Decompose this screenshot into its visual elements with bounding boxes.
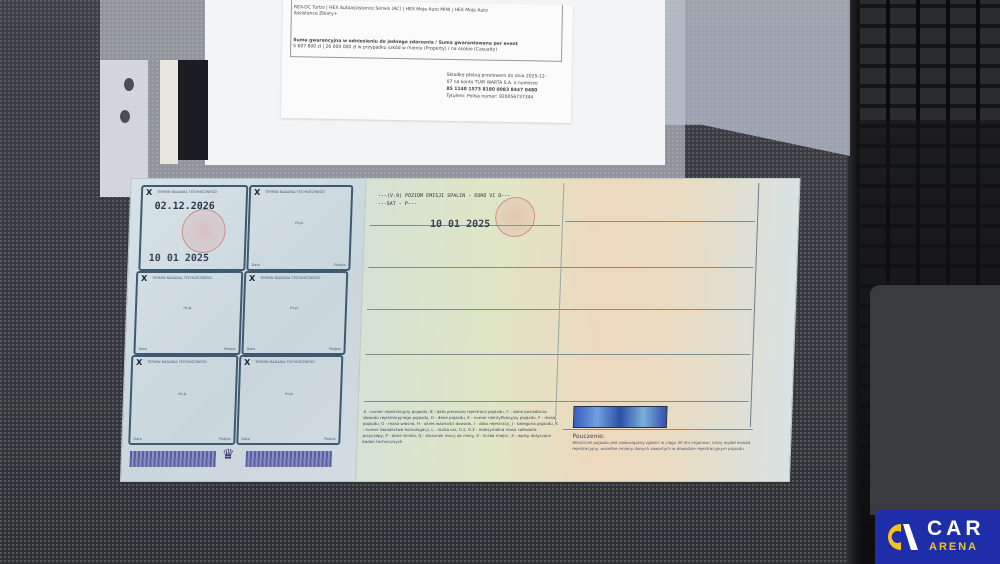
x-mark: X (244, 358, 250, 367)
inspection-page: X TERMIN BADANIA TECHNICZNEGO 02.12.2026… (120, 178, 368, 482)
polish-eagle-emblem: ♛ (222, 447, 235, 463)
inspection-box: X TERMIN BADANIA TECHNICZNEGO m.p. Data … (246, 185, 353, 271)
box-header: TERMIN BADANIA TECHNICZNEGO (147, 360, 207, 364)
payment-line: Tytułem: Polisa numer: 920056737344 (446, 94, 533, 102)
legend-text: A - numer rejestracyjny pojazdu, B - dat… (362, 409, 558, 445)
sat-annotation: ---SAT - P--- (378, 201, 417, 207)
annotation-stamp-date: 10 01 2025 (430, 219, 491, 230)
x-mark: X (136, 358, 142, 367)
car-arena-mark-icon (885, 520, 919, 554)
insurance-paper: REX-DC Turbo | HEX Autoassistance Serwis… (281, 0, 573, 123)
box-footer-signature: Podpis (334, 263, 346, 267)
inspection-box: X TERMIN BADANIA TECHNICZNEGO m.p. Data … (241, 271, 348, 355)
box-footer-signature: Podpis (329, 347, 341, 351)
emission-annotation: ---(V.9) POZIOM EMISJI SPALIN - EURO VI … (378, 193, 511, 199)
paper-line: Assistance Zbiory+ (294, 11, 338, 18)
seal-placeholder: m.p. (178, 391, 187, 396)
logo-text-car: CAR (927, 517, 985, 541)
box-header: TERMIN BADANIA TECHNICZNEGO (260, 276, 320, 280)
seat-side-panel (870, 285, 1000, 515)
ruled-line (565, 221, 755, 222)
car-arena-logo: CAR ARENA (875, 510, 1000, 564)
ruled-line (563, 429, 753, 430)
punch-hole (120, 110, 130, 123)
box-footer-date: Data (139, 347, 147, 351)
seal-placeholder: m.p. (285, 391, 294, 396)
box-footer-date: Data (247, 347, 255, 351)
x-mark: X (146, 188, 152, 197)
binder-edge (160, 60, 178, 164)
box-footer-date: Data (133, 437, 141, 441)
box-header: TERMIN BADANIA TECHNICZNEGO (265, 190, 325, 194)
official-stamp (181, 209, 227, 253)
punch-hole (124, 78, 134, 91)
box-footer-signature: Podpis (324, 437, 336, 441)
seal-placeholder: m.p. (183, 305, 192, 310)
box-footer-date: Data (251, 263, 259, 267)
hologram (573, 406, 668, 428)
seal-placeholder: m.p. (290, 305, 299, 310)
notice-text: Właściciel pojazdu jest zobowiązany zgło… (572, 440, 777, 452)
stamp-date: 10 01 2025 (149, 253, 210, 264)
paper-box: REX-DC Turbo | HEX Autoassistance Serwis… (290, 0, 563, 62)
inspection-box: X TERMIN BADANIA TECHNICZNEGO m.p. Data … (128, 355, 238, 445)
box-footer-date: Data (241, 437, 249, 441)
security-band (245, 451, 332, 467)
official-stamp (494, 197, 535, 237)
page-border (750, 183, 760, 427)
seal-placeholder: m.p. (295, 220, 304, 225)
box-header: TERMIN BADANIA TECHNICZNEGO (255, 360, 315, 364)
x-mark: X (254, 188, 260, 197)
security-band (129, 451, 216, 467)
box-footer-signature: Podpis (219, 437, 231, 441)
sleeve-binding-strip (100, 60, 148, 195)
x-mark: X (141, 274, 147, 283)
inspection-box: X TERMIN BADANIA TECHNICZNEGO m.p. Data … (133, 271, 243, 355)
box-header: TERMIN BADANIA TECHNICZNEGO (152, 276, 212, 280)
box-header: TERMIN BADANIA TECHNICZNEGO (157, 190, 217, 194)
inspection-box: X TERMIN BADANIA TECHNICZNEGO 02.12.2026… (138, 185, 248, 271)
x-mark: X (249, 274, 255, 283)
box-footer-signature: Podpis (224, 347, 236, 351)
logo-text-arena: ARENA (929, 541, 978, 553)
annotations-page: ---(V.9) POZIOM EMISJI SPALIN - EURO VI … (355, 178, 801, 482)
registration-certificate: X TERMIN BADANIA TECHNICZNEGO 02.12.2026… (120, 178, 799, 480)
column-divider (555, 183, 564, 423)
inspection-box: X TERMIN BADANIA TECHNICZNEGO m.p. Data … (236, 355, 343, 445)
black-folder (178, 60, 208, 160)
notice-heading: Pouczenie: (572, 433, 604, 440)
